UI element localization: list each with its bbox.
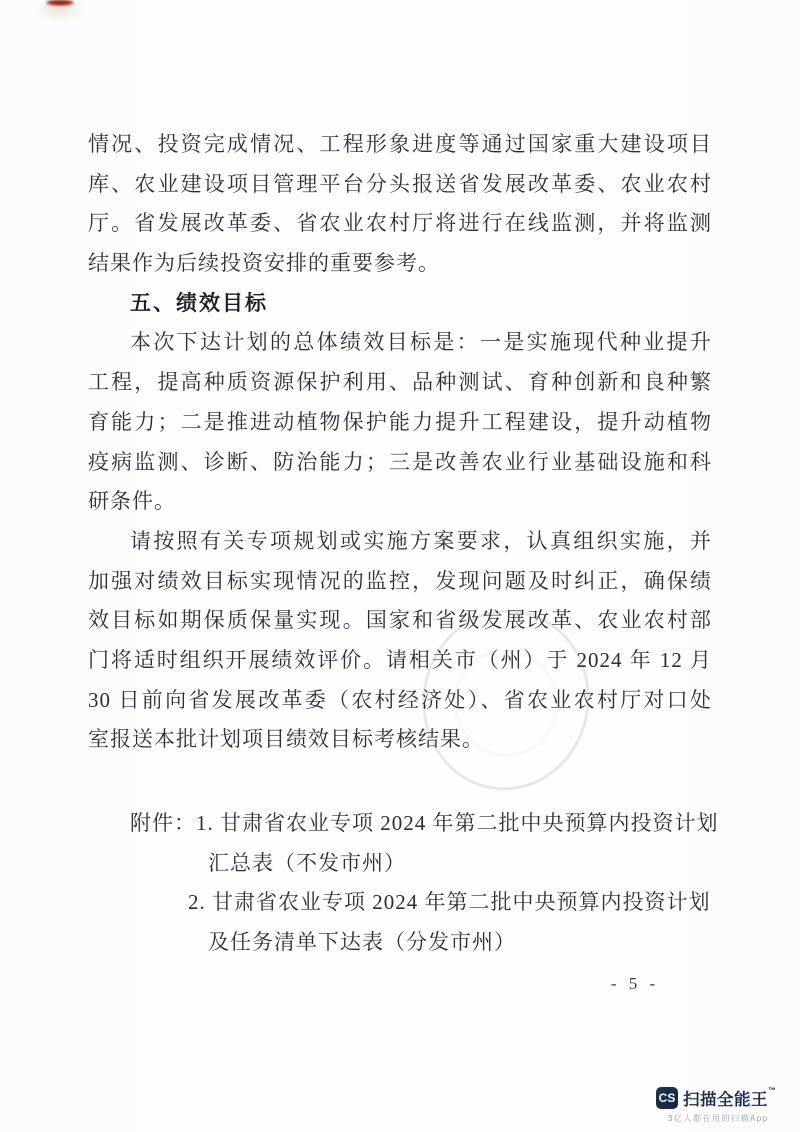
document-line: 结果作为后续投资安排的重要参考。 (88, 244, 712, 284)
document-page: 情况、投资完成情况、工程形象进度等通过国家重大建设项目 库、农业建设项目管理平台… (0, 0, 800, 1132)
brand-name: 扫描全能王 (683, 1091, 768, 1109)
document-line: 加强对绩效目标实现情况的监控，发现问题及时纠正，确保绩 (88, 562, 712, 602)
document-line: 门将适时组织开展绩效评价。请相关市（州）于 2024 年 12 月 (88, 641, 712, 681)
document-line: 研条件。 (88, 482, 712, 522)
attachment-line: 附件：1. 甘肃省农业专项 2024 年第二批中央预算内投资计划 (88, 804, 712, 844)
attachment-line: 汇总表（不发市州） (88, 844, 712, 884)
document-line: 情况、投资完成情况、工程形象进度等通过国家重大建设项目 (88, 125, 712, 165)
document-line: 请按照有关专项规划或实施方案要求，认真组织实施，并 (88, 522, 712, 562)
page-number: - 5 - (600, 974, 670, 994)
stamp-smudge-halo (40, 4, 82, 20)
attachment-line: 2. 甘肃省农业专项 2024 年第二批中央预算内投资计划 (88, 883, 712, 923)
document-line: 30 日前向省发展改革委（农村经济处）、省农业农村厅对口处 (88, 681, 712, 721)
trademark-mark: ™ (768, 1086, 777, 1095)
document-line: 室报送本批计划项目绩效目标考核结果。 (88, 720, 712, 760)
document-line: 效目标如期保质保量实现。国家和省级发展改革、农业农村部 (88, 601, 712, 641)
red-stamp-remnant (46, 0, 74, 6)
camscanner-brand-text: 扫描全能王™ (683, 1086, 777, 1110)
section-heading: 五、绩效目标 (88, 284, 712, 324)
document-line: 厅。省发展改革委、省农业农村厅将进行在线监测，并将监测 (88, 204, 712, 244)
document-line: 疫病监测、诊断、防治能力；三是改善农业行业基础设施和科 (88, 443, 712, 483)
document-line: 本次下达计划的总体绩效目标是：一是实施现代种业提升 (88, 323, 712, 363)
document-line: 库、农业建设项目管理平台分头报送省发展改革委、农业农村 (88, 165, 712, 205)
camscanner-watermark: CS 扫描全能王™ 3亿人都在用的扫描App (656, 1086, 786, 1124)
document-text-block: 情况、投资完成情况、工程形象进度等通过国家重大建设项目 库、农业建设项目管理平台… (88, 125, 712, 963)
camscanner-logo-icon: CS (656, 1087, 678, 1109)
camscanner-tagline: 3亿人都在用的扫描App (668, 1113, 786, 1124)
document-line: 育能力；二是推进动植物保护能力提升工程建设，提升动植物 (88, 403, 712, 443)
document-line: 工程，提高种质资源保护利用、品种测试、育种创新和良种繁 (88, 363, 712, 403)
attachment-line: 及任务清单下达表（分发市州） (88, 923, 712, 963)
